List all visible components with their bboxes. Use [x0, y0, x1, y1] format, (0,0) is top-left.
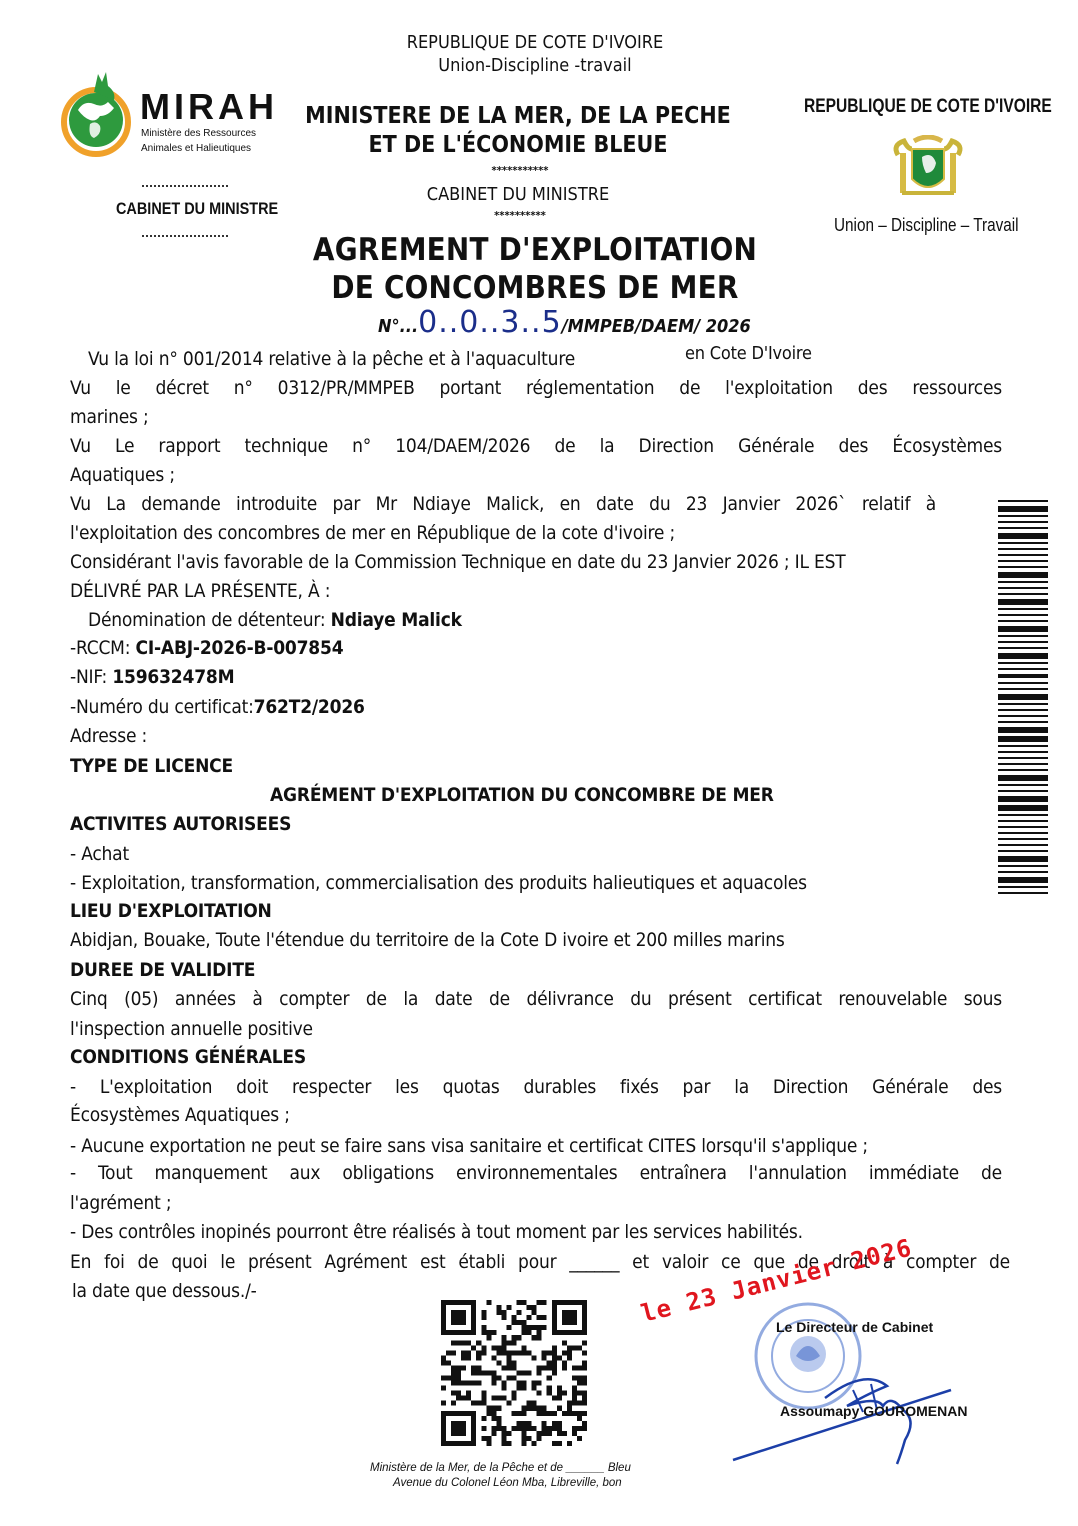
holder-rccm-label: -RCCM: — [70, 637, 136, 659]
holder-denomination: Dénomination de détenteur: Ndiaye Malick — [88, 609, 462, 631]
preamble-considerant-cont: DÉLIVRÉ PAR LA PRÉSENTE, À : — [70, 580, 330, 602]
holder-denomination-value: Ndiaye Malick — [331, 609, 462, 631]
lieu-value: Abidjan, Bouake, Toute l'étendue du terr… — [70, 929, 785, 951]
holder-nif: -NIF: 159632478M — [70, 666, 234, 688]
mirah-subtitle-line1: Ministère des Ressources — [141, 126, 256, 141]
republic-motto: Union-Discipline -travail — [330, 55, 740, 76]
preamble-rapport: Vu Le rapport technique n° 104/DAEM/2026… — [70, 435, 1002, 457]
holder-rccm: -RCCM: CI-ABJ-2026-B-007854 — [70, 637, 343, 659]
preamble-considerant: Considérant l'avis favorable de la Commi… — [70, 551, 846, 573]
signatory-title: Le Directeur de Cabinet — [776, 1319, 933, 1335]
reference-prefix: N°... — [378, 316, 418, 337]
mirah-logo-icon — [60, 66, 132, 164]
right-republic-heading: REPUBLIQUE DE COTE D'IVOIRE — [804, 96, 1052, 118]
preamble-decret-cont: marines ; — [70, 406, 149, 428]
activites-heading: ACTIVITES AUTORISEES — [70, 813, 291, 835]
condition-item: - Des contrôles inopinés pourront être r… — [70, 1221, 803, 1243]
duree-value-cont: l'inspection annuelle positive — [70, 1018, 313, 1040]
coat-of-arms-icon — [888, 135, 968, 201]
lieu-heading: LIEU D'EXPLOITATION — [70, 900, 272, 922]
barcode-icon — [998, 500, 1048, 970]
footer-line2: Avenue du Colonel Léon Mba, Libreville, … — [393, 1477, 723, 1489]
separator-dots — [142, 185, 228, 187]
cabinet-heading: CABINET DU MINISTRE — [370, 184, 666, 205]
licence-type-value: AGRÉMENT D'EXPLOITATION DU CONCOMBRE DE … — [270, 784, 774, 806]
right-republic-motto: Union – Discipline – Travail — [834, 215, 1019, 236]
ministry-name-line2: ET DE L'ÉCONOMIE BLEUE — [300, 132, 736, 158]
activite-item: - Achat — [70, 843, 129, 865]
mirah-subtitle-line2: Animales et Halieutiques — [141, 141, 256, 156]
condition-item-cont: Écosystèmes Aquatiques ; — [70, 1104, 290, 1126]
preamble-demande: Vu La demande introduite par Mr Ndiaye M… — [70, 493, 936, 515]
preamble-loi: Vu la loi n° 001/2014 relative à la pêch… — [88, 348, 575, 370]
holder-adresse-label: Adresse : — [70, 725, 147, 747]
holder-rccm-value: CI-ABJ-2026-B-007854 — [136, 637, 344, 659]
signatory-name: Assoumapy GOUROMENAN — [780, 1403, 967, 1419]
left-cabinet-heading: CABINET DU MINISTRE — [116, 199, 278, 219]
ministry-name-line1: MINISTERE DE LA MER, DE LA PECHE — [300, 103, 736, 129]
condition-item: - Aucune exportation ne peut se faire sa… — [70, 1135, 868, 1157]
holder-certificat: -Numéro du certificat:762T2/2026 — [70, 696, 365, 718]
conditions-heading: CONDITIONS GÉNÉRALES — [70, 1046, 306, 1068]
footer-line1: Ministère de la Mer, de la Pêche et de _… — [370, 1462, 700, 1474]
separator-stars: *********** — [470, 164, 570, 177]
closing-statement-cont: la date que dessous./- — [72, 1280, 257, 1302]
holder-nif-label: -NIF: — [70, 666, 112, 688]
document-title-line2: DE CONCOMBRES DE MER — [300, 269, 770, 307]
preamble-decret: Vu le décret n° 0312/PR/MMPEB portant ré… — [70, 377, 1002, 399]
holder-certificat-value: 762T2/2026 — [254, 696, 365, 718]
separator-dots — [142, 235, 228, 237]
holder-nif-value: 159632478M — [112, 666, 234, 688]
duree-heading: DUREE DE VALIDITE — [70, 959, 255, 981]
reference-suffix: /MMPEB/DAEM/ 2026 — [562, 316, 751, 337]
condition-item: - Tout manquement aux obligations enviro… — [70, 1162, 1002, 1184]
holder-certificat-label: -Numéro du certificat: — [70, 696, 254, 718]
document-title-line1: AGREMENT D'EXPLOITATION — [300, 231, 770, 269]
document-title: AGREMENT D'EXPLOITATION DE CONCOMBRES DE… — [300, 231, 770, 307]
qr-code-icon — [441, 1300, 587, 1446]
republic-heading: REPUBLIQUE DE COTE D'IVOIRE — [330, 32, 740, 53]
licence-type-heading: TYPE DE LICENCE — [70, 755, 233, 777]
reference-number: N°...0..0..3..5/MMPEB/DAEM/ 2026 — [378, 305, 751, 340]
mirah-subtitle: Ministère des Ressources Animales et Hal… — [141, 126, 256, 156]
condition-item: - L'exploitation doit respecter les quot… — [70, 1076, 1002, 1098]
preamble-loi-addendum: en Cote D'Ivoire — [685, 343, 812, 364]
duree-value: Cinq (05) années à compter de la date de… — [70, 988, 1002, 1010]
activite-item: - Exploitation, transformation, commerci… — [70, 872, 807, 894]
holder-denomination-label: Dénomination de détenteur: — [88, 609, 331, 631]
condition-item-cont: l'agrément ; — [70, 1192, 171, 1214]
mirah-acronym: MIRAH — [140, 86, 278, 128]
reference-handwritten-number: 0..0..3..5 — [418, 305, 562, 340]
separator-stars: ********** — [470, 209, 570, 222]
preamble-rapport-cont: Aquatiques ; — [70, 464, 175, 486]
preamble-demande-cont: l'exploitation des concombres de mer en … — [70, 522, 675, 544]
